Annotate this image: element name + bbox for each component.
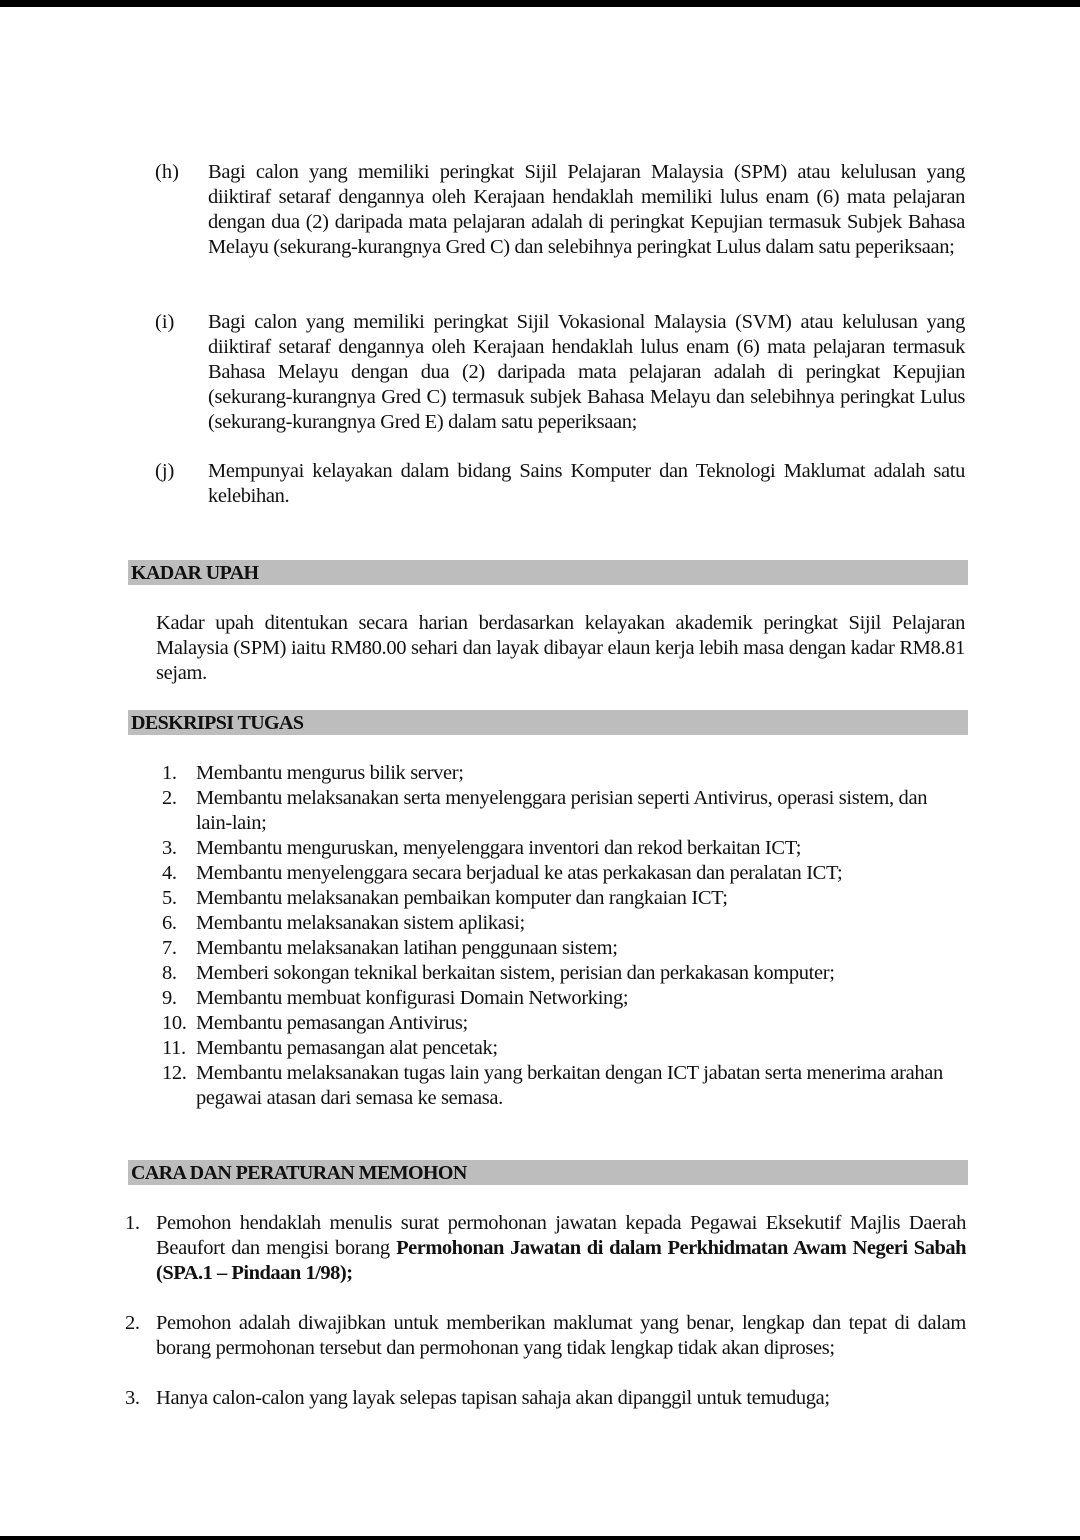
rule-item: 1. Pemohon hendaklah menulis surat permo… — [122, 1211, 966, 1286]
document-page: (h) Bagi calon yang memiliki peringkat S… — [0, 0, 1080, 1540]
duty-number: 12. — [162, 1061, 187, 1086]
duty-text: Membantu melaksanakan latihan penggunaan… — [196, 937, 618, 959]
duties-list: 1.Membantu mengurus bilik server;2.Memba… — [156, 761, 966, 1111]
bottom-border — [0, 1536, 1080, 1540]
duty-item: 4.Membantu menyelenggara secara berjadua… — [156, 861, 966, 886]
duty-item: 8.Memberi sokongan teknikal berkaitan si… — [156, 961, 966, 986]
item-text: Mempunyai kelayakan dalam bidang Sains K… — [208, 459, 965, 509]
duty-item: 10.Membantu pemasangan Antivirus; — [156, 1011, 966, 1036]
item-marker: (j) — [155, 459, 174, 484]
duty-item: 1.Membantu mengurus bilik server; — [156, 761, 966, 786]
rule-text: Hanya calon-calon yang layak selepas tap… — [156, 1387, 830, 1409]
duty-number: 3. — [162, 836, 177, 861]
duty-item: 2.Membantu melaksanakan serta menyelengg… — [156, 786, 966, 836]
duty-number: 10. — [162, 1011, 187, 1036]
duty-number: 9. — [162, 986, 177, 1011]
duty-number: 1. — [162, 761, 177, 786]
duty-item: 12.Membantu melaksanakan tugas lain yang… — [156, 1061, 966, 1111]
section-heading-duties: DESKRIPSI TUGAS — [128, 710, 968, 735]
section-heading-wage: KADAR UPAH — [128, 560, 968, 585]
duty-number: 4. — [162, 861, 177, 886]
duty-text: Membantu pemasangan Antivirus; — [196, 1012, 468, 1034]
duty-number: 7. — [162, 936, 177, 961]
rule-item: 3. Hanya calon-calon yang layak selepas … — [122, 1386, 966, 1411]
duty-number: 11. — [162, 1036, 186, 1061]
duty-item: 6.Membantu melaksanakan sistem aplikasi; — [156, 911, 966, 936]
rule-text: Pemohon adalah diwajibkan untuk memberik… — [156, 1312, 966, 1359]
rule-item: 2. Pemohon adalah diwajibkan untuk membe… — [122, 1311, 966, 1361]
duty-text: Membantu melaksanakan pembaikan komputer… — [196, 887, 728, 909]
duty-number: 8. — [162, 961, 177, 986]
rule-number: 2. — [125, 1311, 140, 1336]
item-marker: (i) — [155, 310, 174, 335]
duty-text: Membantu melaksanakan tugas lain yang be… — [196, 1062, 943, 1109]
duty-text: Membantu menyelenggara secara berjadual … — [196, 862, 842, 884]
duty-text: Membantu pemasangan alat pencetak; — [196, 1037, 498, 1059]
rule-number: 1. — [125, 1211, 140, 1236]
application-rules-list: 1. Pemohon hendaklah menulis surat permo… — [122, 1211, 966, 1411]
duty-text: Membantu melaksanakan sistem aplikasi; — [196, 912, 525, 934]
duty-item: 11.Membantu pemasangan alat pencetak; — [156, 1036, 966, 1061]
section-heading-application: CARA DAN PERATURAN MEMOHON — [128, 1160, 968, 1185]
duty-item: 9.Membantu membuat konfigurasi Domain Ne… — [156, 986, 966, 1011]
duty-text: Membantu melaksanakan serta menyelenggar… — [196, 787, 927, 834]
item-marker: (h) — [155, 160, 179, 185]
wage-paragraph: Kadar upah ditentukan secara harian berd… — [156, 611, 965, 686]
duty-number: 2. — [162, 786, 177, 811]
duty-text: Membantu membuat konfigurasi Domain Netw… — [196, 987, 628, 1009]
duty-text: Membantu mengurus bilik server; — [196, 762, 464, 784]
duty-text: Memberi sokongan teknikal berkaitan sist… — [196, 962, 835, 984]
duty-number: 5. — [162, 886, 177, 911]
item-text: Bagi calon yang memiliki peringkat Sijil… — [208, 160, 965, 260]
duty-number: 6. — [162, 911, 177, 936]
duty-item: 5.Membantu melaksanakan pembaikan komput… — [156, 886, 966, 911]
rule-number: 3. — [125, 1386, 140, 1411]
duty-text: Membantu menguruskan, menyelenggara inve… — [196, 837, 801, 859]
duty-item: 7.Membantu melaksanakan latihan pengguna… — [156, 936, 966, 961]
item-text: Bagi calon yang memiliki peringkat Sijil… — [208, 310, 965, 435]
duty-item: 3.Membantu menguruskan, menyelenggara in… — [156, 836, 966, 861]
